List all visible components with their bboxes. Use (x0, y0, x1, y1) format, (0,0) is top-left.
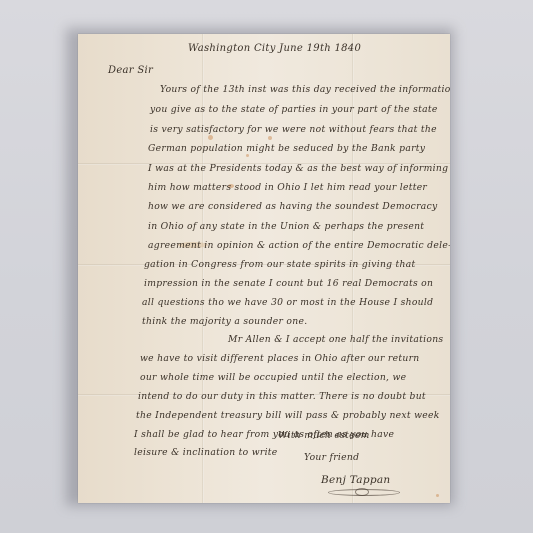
valediction: Your friend (304, 453, 359, 462)
paragraph2-line: the Independent treasury bill will pass … (136, 411, 440, 420)
body-line: Yours of the 13th inst was this day rece… (160, 85, 450, 94)
body-line: agreement in opinion & action of the ent… (148, 241, 450, 250)
paragraph2-line: we have to visit different places in Ohi… (140, 354, 419, 363)
foxing-stain (208, 135, 213, 140)
body-line: think the majority a sounder one. (142, 317, 307, 326)
paragraph2-line: leisure & inclination to write (134, 448, 278, 457)
foxing-stain (268, 136, 272, 140)
body-line: in Ohio of any state in the Union & perh… (148, 222, 424, 231)
body-line: I was at the Presidents today & as the b… (148, 164, 448, 173)
paragraph2-line: Mr Allen & I accept one half the invitat… (228, 335, 443, 344)
body-line: gation in Congress from our state spirit… (144, 260, 416, 269)
paragraph2-line: our whole time will be occupied until th… (140, 373, 406, 382)
body-line: German population might be seduced by th… (148, 144, 425, 153)
dateline: Washington City June 19th 1840 (188, 44, 361, 54)
body-line: is very satisfactory for we were not wit… (150, 125, 437, 134)
foxing-stain (436, 494, 439, 497)
body-line: him how matters stood in Ohio I let him … (148, 183, 427, 192)
paragraph2-line: intend to do our duty in this matter. Th… (138, 392, 426, 401)
letter-sheet: Washington City June 19th 1840 Dear Sir … (78, 34, 450, 503)
signature-flourish (355, 488, 369, 496)
closing: With much esteem (278, 431, 370, 440)
salutation: Dear Sir (108, 66, 153, 76)
body-line: all questions tho we have 30 or most in … (142, 298, 433, 307)
signature: Benj Tappan (321, 475, 391, 486)
body-line: how we are considered as having the soun… (148, 202, 438, 211)
foxing-stain (246, 154, 249, 157)
body-line: you give as to the state of parties in y… (150, 105, 438, 114)
body-line: impression in the senate I count but 16 … (144, 279, 433, 288)
